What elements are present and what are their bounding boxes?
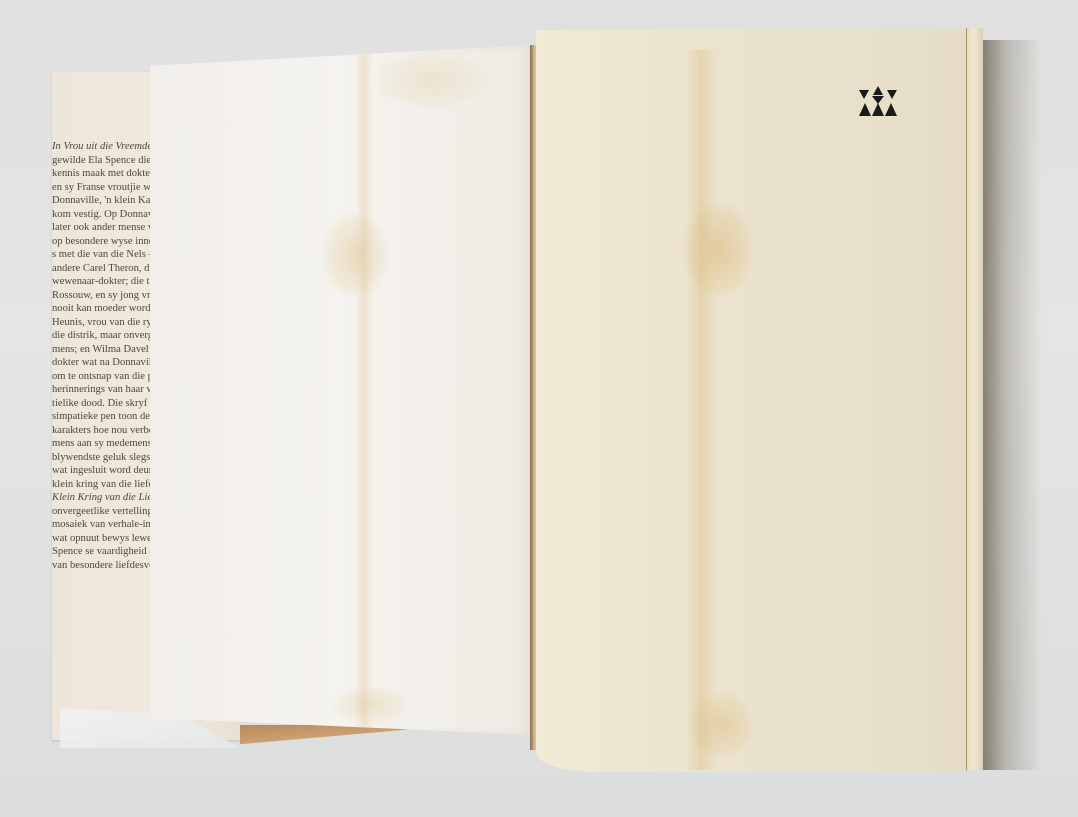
- stain-streak: [355, 45, 373, 735]
- foxing-spots: [370, 50, 490, 110]
- water-stain: [686, 690, 756, 760]
- water-stain: [681, 200, 756, 300]
- publisher-logo-icon: [859, 86, 897, 116]
- stain-streak: [686, 50, 716, 770]
- page-block-edge: [966, 28, 983, 770]
- water-stain: [330, 685, 410, 725]
- left-endpaper: [150, 45, 532, 735]
- right-endpaper: [536, 30, 968, 772]
- book-shadow: [982, 40, 1042, 770]
